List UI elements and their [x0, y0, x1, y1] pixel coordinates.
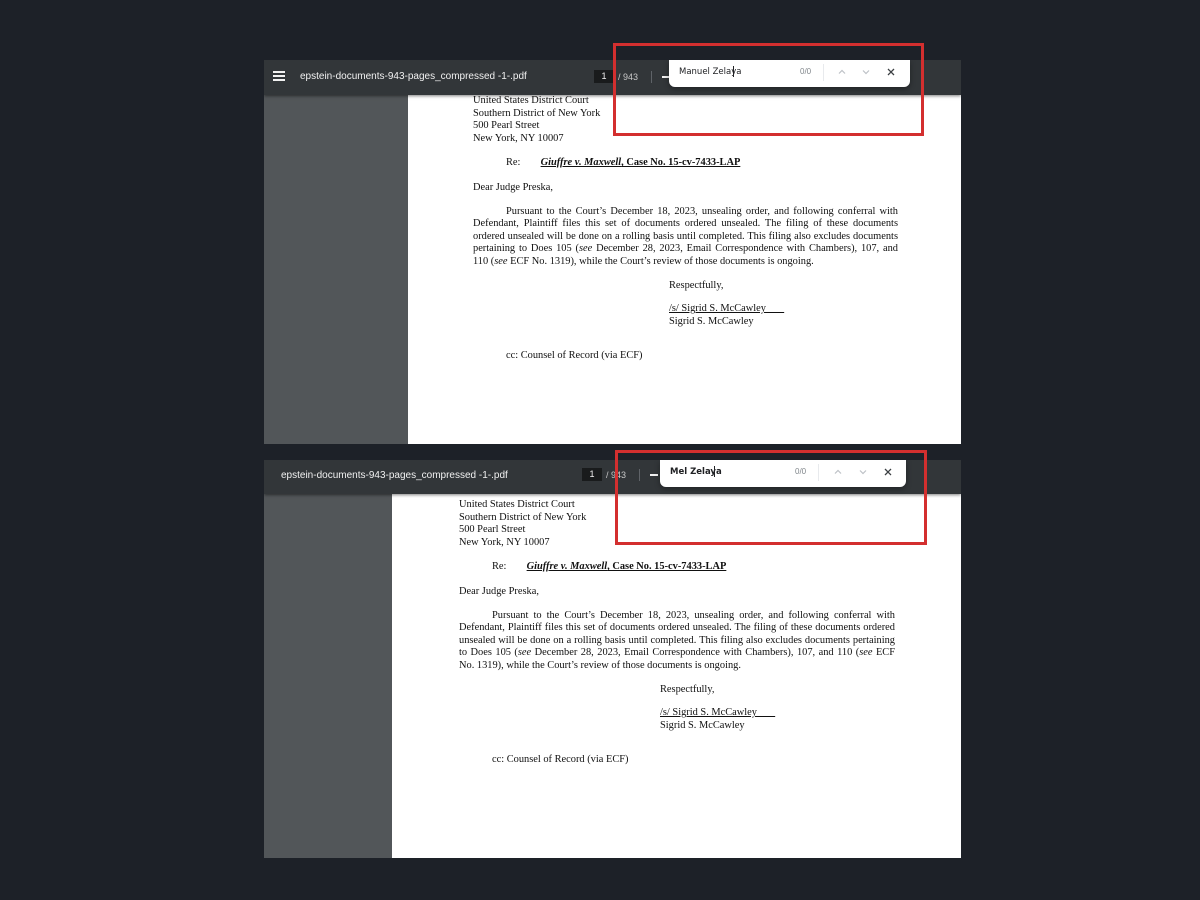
- letter: United States District Court Southern Di…: [473, 95, 898, 363]
- find-input[interactable]: [670, 465, 780, 479]
- case-name: Giuffre v. Maxwell: [541, 157, 622, 168]
- address-line: Southern District of New York: [473, 108, 898, 121]
- find-next-button[interactable]: [858, 64, 874, 80]
- case-title: Giuffre v. Maxwell, Case No. 15-cv-7433-…: [541, 157, 741, 168]
- salutation: Dear Judge Preska,: [459, 586, 895, 599]
- hamburger-icon[interactable]: [273, 71, 285, 81]
- signer-name: Sigrid S. McCawley: [669, 316, 898, 329]
- re-label: Re:: [506, 157, 538, 170]
- find-bar: 0/0: [660, 460, 906, 487]
- find-close-button[interactable]: [880, 464, 896, 480]
- page-number-input[interactable]: [594, 70, 614, 83]
- chevron-up-icon: [833, 467, 843, 477]
- page-number-input[interactable]: [582, 468, 602, 481]
- toolbar-divider: [639, 469, 640, 481]
- body-text: December 28, 2023, Email Correspondence …: [531, 647, 859, 658]
- body-text: see: [494, 256, 507, 267]
- text-caret: [733, 66, 734, 77]
- address-line: New York, NY 10007: [473, 133, 898, 146]
- pdf-toolbar: epstein-documents-943-pages_compressed -…: [264, 60, 961, 95]
- file-title: epstein-documents-943-pages_compressed -…: [300, 71, 527, 82]
- page-total: / 943: [606, 470, 626, 480]
- find-next-button[interactable]: [855, 464, 871, 480]
- find-bar: 0/0: [669, 60, 910, 87]
- body-text: ECF No. 1319), while the Court’s review …: [508, 256, 814, 267]
- pdf-page: United States District Court Southern Di…: [392, 494, 961, 858]
- letter: United States District Court Southern Di…: [459, 499, 895, 767]
- case-name: Giuffre v. Maxwell: [527, 561, 608, 572]
- signature-block: Respectfully, /s/ Sigrid S. McCawley Sig…: [669, 280, 898, 329]
- address-line: 500 Pearl Street: [459, 524, 895, 537]
- address-line: United States District Court: [473, 95, 898, 108]
- address-line: New York, NY 10007: [459, 537, 895, 550]
- chevron-up-icon: [837, 67, 847, 77]
- find-match-count: 0/0: [795, 467, 806, 476]
- case-number: , Case No. 15-cv-7433-LAP: [621, 157, 740, 168]
- find-close-button[interactable]: [883, 64, 899, 80]
- text-caret: [714, 466, 715, 477]
- closing: Respectfully,: [669, 280, 898, 293]
- pdf-viewer-top: epstein-documents-943-pages_compressed -…: [264, 60, 961, 444]
- body-text: see: [579, 243, 592, 254]
- find-previous-button[interactable]: [830, 464, 846, 480]
- close-icon: [886, 67, 896, 77]
- court-address: United States District Court Southern Di…: [473, 95, 898, 145]
- pdf-toolbar: epstein-documents-943-pages_compressed -…: [264, 460, 961, 494]
- pdf-viewer-bottom: epstein-documents-943-pages_compressed -…: [264, 460, 961, 858]
- body-paragraph: Pursuant to the Court’s December 18, 202…: [459, 610, 895, 673]
- minus-icon[interactable]: [650, 474, 658, 476]
- pdf-page: United States District Court Southern Di…: [408, 95, 961, 444]
- body-text: see: [518, 647, 531, 658]
- body-paragraph: Pursuant to the Court’s December 18, 202…: [473, 206, 898, 269]
- salutation: Dear Judge Preska,: [473, 182, 898, 195]
- address-line: 500 Pearl Street: [473, 120, 898, 133]
- closing: Respectfully,: [660, 684, 895, 697]
- signer-name: Sigrid S. McCawley: [660, 720, 895, 733]
- signature-line: /s/ Sigrid S. McCawley: [660, 707, 895, 720]
- case-title: Giuffre v. Maxwell, Case No. 15-cv-7433-…: [527, 561, 727, 572]
- cc-line: cc: Counsel of Record (via ECF): [473, 350, 898, 363]
- case-number: , Case No. 15-cv-7433-LAP: [607, 561, 726, 572]
- chevron-down-icon: [858, 467, 868, 477]
- signature-block: Respectfully, /s/ Sigrid S. McCawley Sig…: [660, 684, 895, 733]
- re-line: Re: Giuffre v. Maxwell, Case No. 15-cv-7…: [473, 157, 898, 170]
- close-icon: [883, 467, 893, 477]
- file-title: epstein-documents-943-pages_compressed -…: [281, 470, 508, 481]
- address-line: United States District Court: [459, 499, 895, 512]
- re-line: Re: Giuffre v. Maxwell, Case No. 15-cv-7…: [459, 561, 895, 574]
- re-label: Re:: [492, 561, 524, 574]
- find-input[interactable]: [679, 65, 789, 79]
- find-divider: [823, 64, 824, 81]
- body-text: see: [859, 647, 872, 658]
- address-line: Southern District of New York: [459, 512, 895, 525]
- cc-line: cc: Counsel of Record (via ECF): [459, 754, 895, 767]
- find-divider: [818, 464, 819, 481]
- chevron-down-icon: [861, 67, 871, 77]
- court-address: United States District Court Southern Di…: [459, 499, 895, 549]
- signature-line: /s/ Sigrid S. McCawley: [669, 303, 898, 316]
- toolbar-divider: [651, 71, 652, 83]
- page-total: / 943: [618, 72, 638, 82]
- find-match-count: 0/0: [800, 67, 811, 76]
- find-previous-button[interactable]: [834, 64, 850, 80]
